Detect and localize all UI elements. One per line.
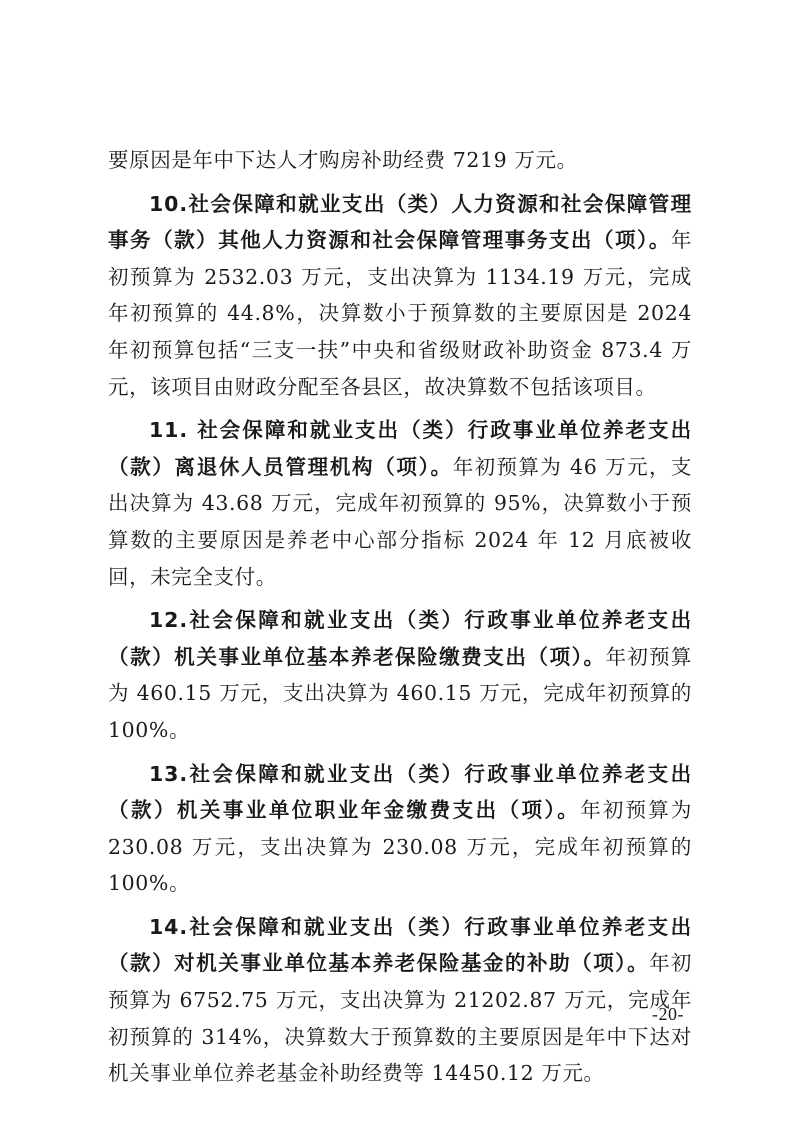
item-paragraph-13: 13.社会保障和就业支出（类）行政事业单位养老支出（款）机关事业单位职业年金缴费… — [108, 756, 692, 902]
page-number: -20- — [652, 1004, 684, 1025]
item-paragraph-11: 11. 社会保障和就业支出（类）行政事业单位养老支出（款）离退休人员管理机构（项… — [108, 412, 692, 595]
document-page: 要原因是年中下达人才购房补助经费 7219 万元。 10.社会保障和就业支出（类… — [108, 142, 692, 1092]
item-heading: 14.社会保障和就业支出（类）行政事业单位养老支出（款）对机关事业单位基本养老保… — [108, 915, 692, 976]
item-heading: 10.社会保障和就业支出（类）人力资源和社会保障管理事务（款）其他人力资源和社会… — [108, 192, 692, 253]
continuation-text: 要原因是年中下达人才购房补助经费 7219 万元。 — [108, 148, 578, 172]
continuation-paragraph: 要原因是年中下达人才购房补助经费 7219 万元。 — [108, 142, 692, 179]
item-paragraph-12: 12.社会保障和就业支出（类）行政事业单位养老支出（款）机关事业单位基本养老保险… — [108, 602, 692, 748]
item-paragraph-14: 14.社会保障和就业支出（类）行政事业单位养老支出（款）对机关事业单位基本养老保… — [108, 909, 692, 1092]
item-paragraph-10: 10.社会保障和就业支出（类）人力资源和社会保障管理事务（款）其他人力资源和社会… — [108, 186, 692, 406]
item-body: 年初预算为 2532.03 万元，支出决算为 1134.19 万元，完成年初预算… — [108, 228, 692, 398]
item-heading: 12.社会保障和就业支出（类）行政事业单位养老支出（款）机关事业单位基本养老保险… — [108, 608, 692, 669]
